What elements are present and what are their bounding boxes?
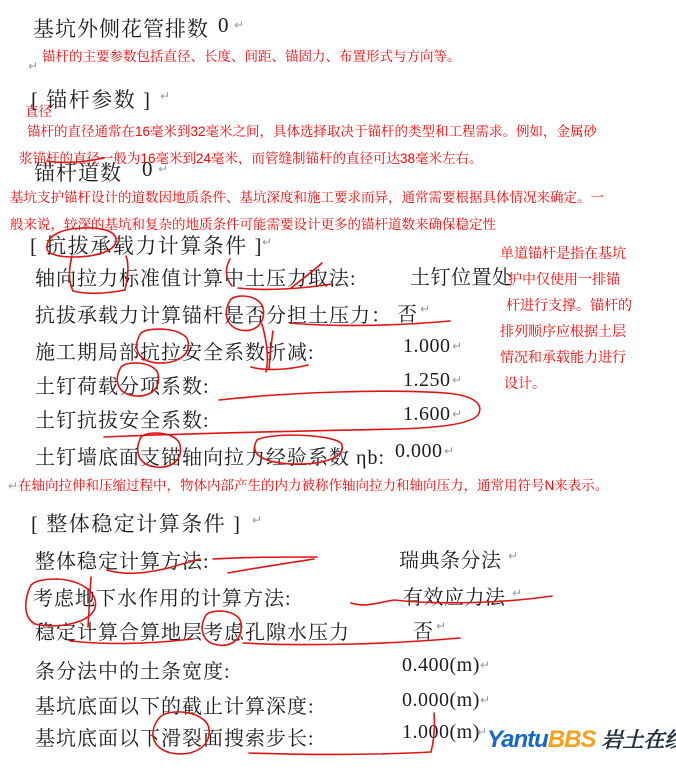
red-note-daoshu-line2: 般来说，较深的基坑和复杂的地质条件可能需要设计更多的锚杆道数来确保稳定性: [10, 213, 496, 233]
logo-bbs-text: BBS: [548, 726, 596, 753]
row-huaguan-label: 基坑外侧花管排数: [33, 13, 209, 43]
pilcrow-mark: ↵: [452, 373, 462, 387]
stability-row-label: 条分法中的土条宽度:: [35, 655, 231, 684]
ink-slant-method: [228, 559, 314, 573]
red-side-note-line: 护中仅使用一排锚: [500, 266, 632, 292]
yantubbs-logo: YantuBBS岩土在线: [487, 724, 676, 754]
stability-row-value: 有效应力法: [403, 581, 506, 610]
pullout-row-label: 抗拔承载力计算锚杆是否分担土压力：: [35, 299, 392, 328]
pullout-row-label: 土钉抗拔安全系数:: [35, 404, 210, 433]
red-note-daoshu-line1: 基坑支护锚杆设计的道数因地质条件、基坑深度和施工要求而异，通常需要根据具体情况来…: [10, 186, 604, 206]
pullout-row-label: 土钉墙底面支锚轴向拉力经验系数 ηb:: [35, 441, 385, 470]
pilcrow-mark: ↵: [8, 479, 18, 493]
pilcrow-mark: ↵: [452, 339, 462, 353]
red-side-note: 单道锚杆是指在基坑 护中仅使用一排锚 杆进行支撑。锚杆的 排列顺序应根据土层 情…: [500, 240, 632, 396]
pilcrow-mark: ↵: [452, 407, 462, 421]
stability-row-value: 0.400(m): [402, 654, 480, 677]
pilcrow-mark: ↵: [477, 725, 487, 739]
pullout-row-value: 1.000: [403, 335, 451, 358]
pullout-row-value: 1.600: [403, 403, 451, 426]
stability-row-label: 基坑底面以下的截止计算深度:: [35, 690, 315, 719]
red-side-note-line: 单道锚杆是指在基坑: [500, 240, 632, 266]
stability-row-value: 瑞典条分法: [399, 544, 502, 573]
pullout-row-value: 0.000: [395, 440, 443, 463]
pullout-row-value: 土钉位置处: [410, 261, 513, 290]
stability-row-label: 稳定计算合算地层考虑孔隙水压力: [35, 616, 350, 645]
red-side-note-line: 排列顺序应根据土层: [500, 318, 632, 344]
pilcrow-mark: ↵: [512, 586, 522, 600]
pullout-row-value: 1.250: [403, 369, 451, 392]
red-note-diameter-line1: 锚杆的直径通常在16毫米到32毫米之间，具体选择取决于锚杆的类型和工程需求。例如…: [27, 120, 597, 140]
pullout-row-label: 施工期局部抗拉安全系数折减:: [35, 336, 315, 365]
document-page: 基坑外侧花管排数 0 ↵ 锚杆的主要参数包括直径、长度、间距、锚固力、布置形式与…: [0, 0, 676, 775]
stability-row-label: 基坑底面以下滑裂面搜索步长:: [35, 722, 315, 751]
ink-strike-zhejian-under: [251, 365, 308, 369]
pilcrow-mark: ↵: [160, 89, 170, 103]
ink-dash-method: [213, 557, 317, 559]
stability-row-value: 否: [413, 615, 434, 644]
stability-row-label: 考虑地下水作用的计算方法:: [33, 582, 292, 611]
row-huaguan-value: 0: [218, 13, 230, 38]
pullout-row-label: 土钉荷载分项系数:: [35, 370, 210, 399]
red-note-axial-force: 在轴向拉伸和压缩过程中，物体内部产生的内力被称作轴向拉力和轴向压力，通常用符号N…: [18, 474, 608, 494]
stability-row-label: 整体稳定计算方法:: [35, 545, 210, 574]
logo-yantu-text: Yantu: [487, 726, 548, 753]
red-annotation-diameter: 直径: [25, 100, 52, 120]
red-side-note-line: 杆进行支撑。锚杆的: [500, 292, 632, 318]
pilcrow-mark: ↵: [480, 658, 490, 672]
red-side-note-line: 设计。: [500, 370, 632, 396]
pullout-row-label: 轴向拉力标准值计算中土压力取法:: [35, 262, 357, 291]
pilcrow-mark: ↵: [234, 18, 244, 32]
logo-yantu-online-text: 岩土在线: [601, 729, 676, 752]
red-side-note-line: 情况和承载能力进行: [500, 344, 632, 370]
pilcrow-mark: ↵: [28, 59, 38, 73]
stability-row-value: 1.000(m): [402, 721, 480, 744]
red-note-anchor-params: 锚杆的主要参数包括直径、长度、间距、锚固力、布置形式与方向等。: [42, 45, 461, 65]
pilcrow-mark: ↵: [508, 549, 518, 563]
pilcrow-mark: ↵: [436, 619, 446, 633]
section-header-pullout: [ 抗拔承载力计算条件 ]: [30, 230, 263, 260]
pilcrow-mark: ↵: [420, 302, 430, 316]
stability-row-value: 0.000(m): [402, 689, 480, 712]
pilcrow-mark: ↵: [252, 513, 262, 527]
pilcrow-mark: ↵: [444, 444, 454, 458]
red-note-diameter-line2: 浆锚杆的直径一般为16毫米到24毫米，而管缝制锚杆的直径可达38毫米左右。: [19, 147, 483, 167]
pilcrow-mark: ↵: [262, 235, 272, 249]
pilcrow-mark: ↵: [480, 693, 490, 707]
section-header-stability: [ 整体稳定计算条件 ]: [31, 508, 242, 538]
pullout-row-value: 否: [397, 298, 418, 327]
